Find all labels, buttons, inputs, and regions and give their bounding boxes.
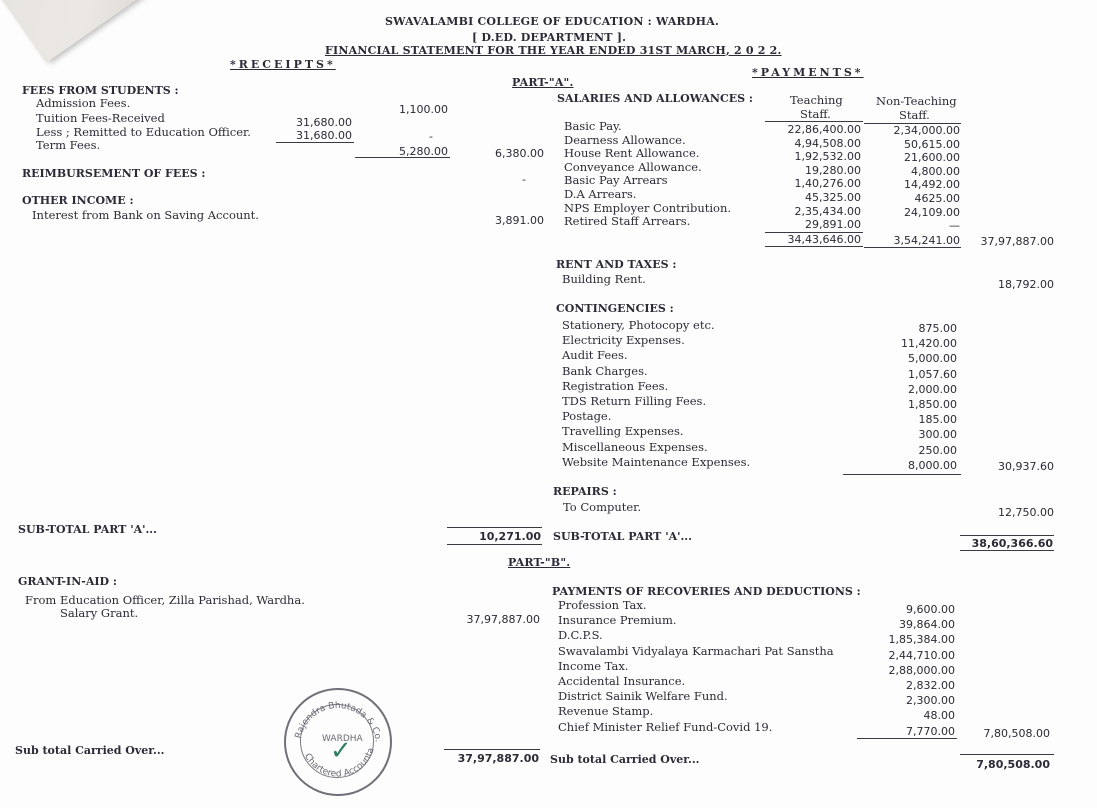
folded-page-corner: [0, 0, 185, 63]
contingency-row-amount: 300.00: [860, 428, 957, 441]
rule: [960, 754, 1054, 755]
interest-label: Interest from Bank on Saving Account.: [32, 209, 259, 222]
col-nonteaching-2: Staff.: [899, 109, 930, 122]
recovery-row-label: Accidental Insurance.: [558, 675, 685, 688]
contingencies-heading: CONTINGENCIES :: [556, 302, 674, 315]
recovery-row-amount: 2,832.00: [857, 679, 955, 692]
other-income-heading: OTHER INCOME :: [22, 194, 134, 207]
signature-tick-icon: ✓: [330, 736, 352, 766]
contingency-row-label: TDS Return Filling Fees.: [562, 395, 706, 408]
salary-row-teaching: 1,92,532.00: [765, 150, 861, 163]
salary-row-teaching: 2,35,434.00: [765, 205, 861, 218]
rule: [355, 157, 450, 158]
salary-row-teaching: 19,280.00: [765, 164, 861, 177]
building-rent-label: Building Rent.: [562, 273, 646, 286]
auditor-stamp: Rajendra Bhutada & Co. Chartered Account…: [284, 688, 392, 796]
salaries-total: 37,97,887.00: [965, 235, 1054, 248]
receipts-carried-over-amount: 37,97,887.00: [444, 752, 539, 765]
salary-row-teaching: 4,94,508.00: [765, 137, 861, 150]
tuition-net-amount: -: [400, 130, 433, 143]
repairs-heading: REPAIRS :: [553, 485, 617, 498]
salary-row-label: Basic Pay Arrears: [564, 174, 668, 187]
contingency-row-label: Miscellaneous Expenses.: [562, 441, 708, 454]
salary-row-label: Dearness Allowance.: [564, 134, 686, 147]
salary-row-teaching: 22,86,400.00: [765, 123, 861, 136]
recovery-row-amount: 9,600.00: [857, 603, 955, 616]
recovery-row-label: Insurance Premium.: [558, 614, 677, 627]
recovery-row-label: Income Tax.: [558, 660, 628, 673]
admission-fees-amount: 1,100.00: [360, 103, 448, 116]
salary-row-nonteaching: 14,492.00: [864, 178, 960, 191]
rule: [843, 474, 961, 475]
rule: [864, 247, 961, 248]
receipts-subtotal-a-amount: 10,271.00: [447, 530, 541, 543]
receipts-carried-over-label: Sub total Carried Over...: [15, 744, 165, 757]
recovery-row-amount: 48.00: [857, 709, 955, 722]
tuition-fees-amount: 31,680.00: [270, 116, 352, 129]
contingency-row-label: Postage.: [562, 410, 611, 423]
recovery-row-label: Chief Minister Relief Fund-Covid 19.: [558, 721, 772, 734]
tuition-fees-label: Tuition Fees-Received: [36, 112, 165, 125]
statement-title: FINANCIAL STATEMENT FOR THE YEAR ENDED 3…: [325, 44, 782, 57]
contingency-row-amount: 1,850.00: [860, 398, 957, 411]
contingency-row-amount: 5,000.00: [860, 352, 957, 365]
rule: [765, 121, 863, 122]
recovery-row-amount: 7,770.00: [857, 725, 955, 738]
total-nonteaching: 3,54,241.00: [864, 234, 960, 247]
rule: [447, 544, 542, 545]
grant-in-aid-heading: GRANT-IN-AID :: [18, 575, 117, 588]
contingency-row-amount: 1,057.60: [860, 368, 957, 381]
admission-fees-label: Admission Fees.: [36, 97, 130, 110]
rule: [960, 550, 1054, 551]
computer-repair-label: To Computer.: [563, 501, 641, 514]
salary-row-teaching: 45,325.00: [765, 191, 861, 204]
salary-row-label: House Rent Allowance.: [564, 147, 699, 160]
contingency-row-label: Travelling Expenses.: [562, 425, 684, 438]
institution-title: SWAVALAMBI COLLEGE OF EDUCATION : WARDHA…: [385, 15, 719, 28]
computer-repair-amount: 12,750.00: [965, 506, 1054, 519]
col-nonteaching-1: Non-Teaching: [876, 95, 957, 108]
interest-amount: 3,891.00: [460, 214, 544, 227]
department-title: [ D.ED. DEPARTMENT ].: [472, 31, 626, 44]
salary-grant-amount: 37,97,887.00: [450, 613, 540, 626]
recovery-row-amount: 1,85,384.00: [857, 633, 955, 646]
part-a-label: PART-"A".: [512, 76, 574, 89]
salary-row-nonteaching: 21,600.00: [864, 151, 960, 164]
salary-row-nonteaching: 4625.00: [864, 192, 960, 205]
salary-row-nonteaching: —: [864, 219, 960, 232]
recovery-row-amount: 2,44,710.00: [857, 649, 955, 662]
salary-row-label: Conveyance Allowance.: [564, 161, 702, 174]
payments-label: *PAYMENTS*: [752, 66, 864, 79]
recovery-row-label: Revenue Stamp.: [558, 705, 653, 718]
contingency-row-amount: 11,420.00: [860, 337, 957, 350]
contingency-row-amount: 875.00: [860, 322, 957, 335]
part-b-label: PART-"B".: [508, 556, 570, 569]
payments-carried-over-amount: 7,80,508.00: [960, 758, 1050, 771]
salary-row-nonteaching: 4,800.00: [864, 165, 960, 178]
rule: [857, 738, 957, 739]
total-teaching: 34,43,646.00: [765, 233, 861, 246]
contingency-row-label: Electricity Expenses.: [562, 334, 685, 347]
term-fees-label: Term Fees.: [36, 139, 100, 152]
contingency-row-amount: 185.00: [860, 413, 957, 426]
contingency-row-label: Stationery, Photocopy etc.: [562, 319, 715, 332]
payments-subtotal-a-amount: 38,60,366.60: [960, 537, 1053, 550]
recovery-row-amount: 2,88,000.00: [857, 664, 955, 677]
contingencies-total: 30,937.60: [965, 460, 1054, 473]
rule: [276, 142, 354, 143]
rent-taxes-heading: RENT AND TAXES :: [556, 258, 676, 271]
building-rent-amount: 18,792.00: [965, 278, 1054, 291]
recovery-row-label: D.C.P.S.: [558, 629, 603, 642]
rule: [444, 749, 540, 750]
less-remitted-amount: 31,680.00: [270, 129, 352, 142]
salaries-heading: SALARIES AND ALLOWANCES :: [557, 92, 753, 105]
recovery-row-label: District Sainik Welfare Fund.: [558, 690, 728, 703]
salary-row-nonteaching: 2,34,000.00: [864, 124, 960, 137]
salary-row-label: NPS Employer Contribution.: [564, 202, 731, 215]
salary-row-teaching: 29,891.00: [765, 218, 861, 231]
contingency-row-label: Bank Charges.: [562, 365, 648, 378]
fees-total-amount: 6,380.00: [460, 147, 544, 160]
contingency-row-label: Website Maintenance Expenses.: [562, 456, 750, 469]
rule: [960, 535, 1054, 536]
rule: [765, 246, 863, 247]
salary-row-label: D.A Arrears.: [564, 188, 636, 201]
col-teaching-2: Staff.: [800, 108, 831, 121]
contingency-row-amount: 250.00: [860, 444, 957, 457]
payments-carried-over-label: Sub total Carried Over...: [550, 753, 700, 766]
rule: [447, 527, 542, 528]
recovery-row-label: Swavalambi Vidyalaya Karmachari Pat Sans…: [558, 645, 834, 658]
recovery-row-amount: 39,864.00: [857, 618, 955, 631]
reimbursement-amount: -: [500, 173, 526, 186]
salary-row-label: Basic Pay.: [564, 120, 622, 133]
recovery-row-amount: 2,300.00: [857, 694, 955, 707]
salary-row-nonteaching: 50,615.00: [864, 138, 960, 151]
contingency-row-label: Registration Fees.: [562, 380, 668, 393]
salary-grant-label: Salary Grant.: [60, 607, 138, 620]
receipts-subtotal-a-label: SUB-TOTAL PART 'A'...: [18, 523, 157, 536]
contingency-row-amount: 8,000.00: [860, 459, 957, 472]
contingency-row-label: Audit Fees.: [562, 349, 628, 362]
salary-row-label: Retired Staff Arrears.: [564, 215, 690, 228]
payments-subtotal-a-label: SUB-TOTAL PART 'A'...: [553, 530, 692, 543]
salary-row-teaching: 1,40,276.00: [765, 177, 861, 190]
salary-row-nonteaching: 24,109.00: [864, 206, 960, 219]
col-teaching-1: Teaching: [790, 94, 843, 107]
receipts-label: *RECEIPTS*: [230, 58, 336, 71]
reimbursement-heading: REIMBURSEMENT OF FEES :: [22, 167, 205, 180]
recovery-row-label: Profession Tax.: [558, 599, 646, 612]
recoveries-total: 7,80,508.00: [960, 727, 1050, 740]
contingency-row-amount: 2,000.00: [860, 383, 957, 396]
recoveries-heading: PAYMENTS OF RECOVERIES AND DEDUCTIONS :: [552, 585, 861, 598]
